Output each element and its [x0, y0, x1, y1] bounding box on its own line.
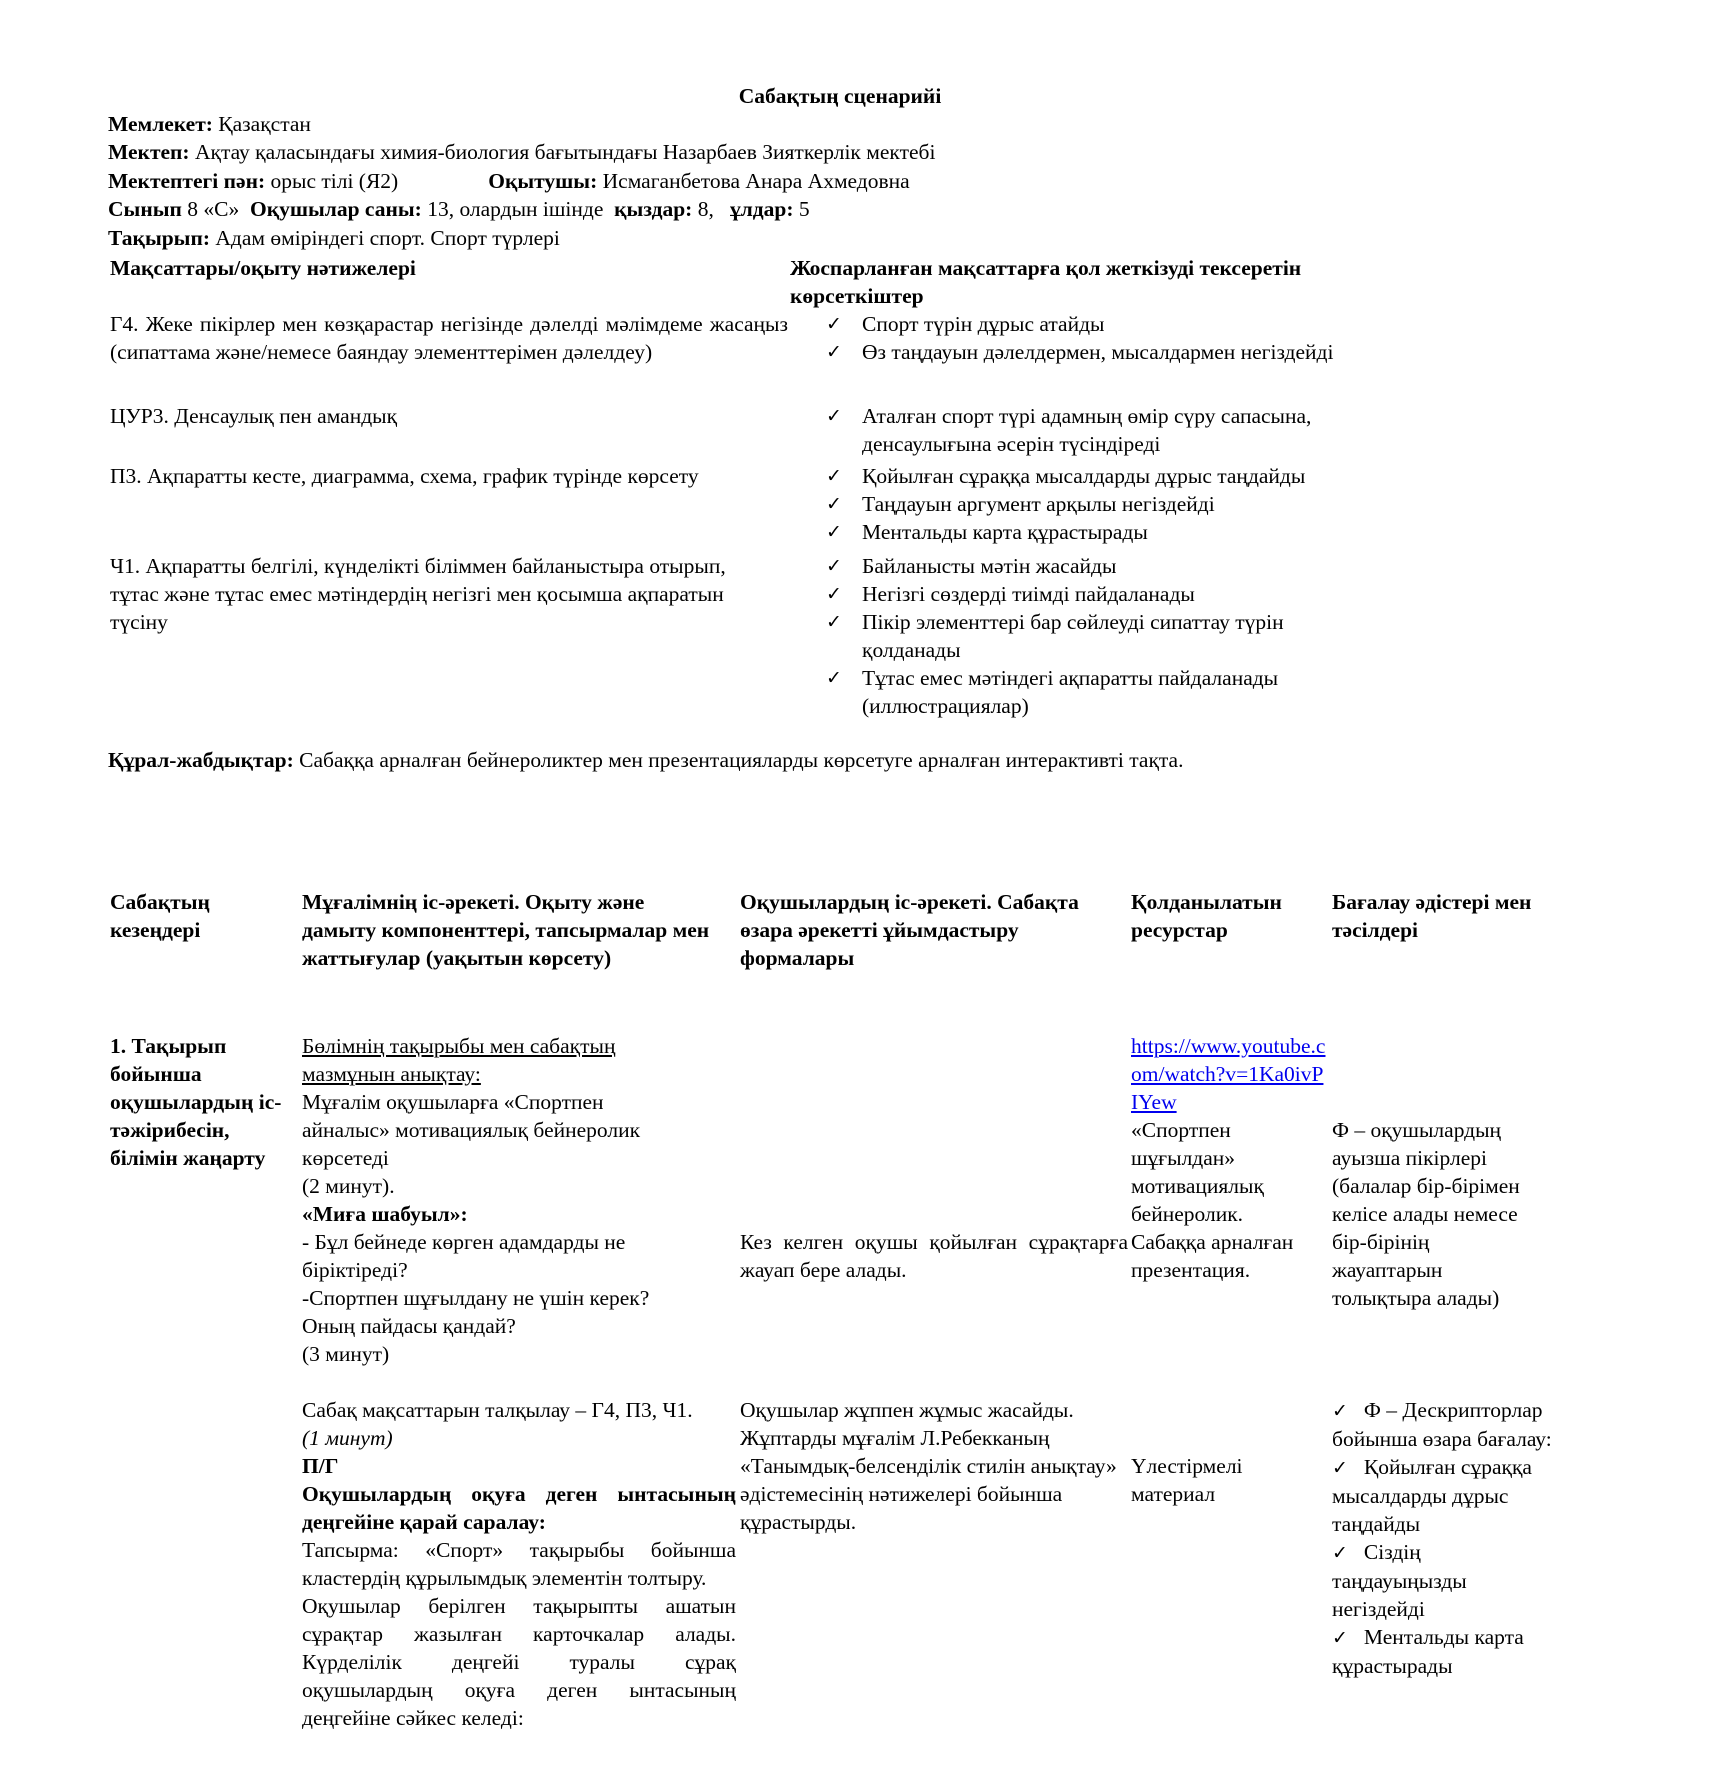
meta-subject-teacher: Мектептегі пән: орыс тілі (Я2)Оқытушы: И…	[108, 167, 1308, 195]
check-icon: ✓	[1332, 1627, 1348, 1649]
criterion-item: ✓Негізгі сөздерді тиімді пайдаланады	[826, 580, 1366, 608]
check-icon: ✓	[826, 490, 842, 518]
equipment: Құрал-жабдықтар: Сабаққа арналған бейнер…	[108, 746, 1183, 774]
stage-2-students: Оқушылар жұппен жұмыс жасайды. Жұптарды …	[740, 1396, 1125, 1536]
video-description: «Спортпен шұғылдан» мотивациялық бейнеро…	[1131, 1116, 1281, 1228]
time-note: (3 минут)	[302, 1340, 722, 1368]
check-icon: ✓	[826, 462, 842, 490]
section-heading: Бөлімнің тақырыбы мен сабақтың мазмұнын …	[302, 1032, 662, 1088]
youtube-link[interactable]: https://www.youtube.com/watch?v=1Ka0ivPI…	[1131, 1034, 1325, 1114]
header-stages: Сабақтың кезеңдері	[110, 888, 290, 944]
criterion-item: ✓Қойылған сұраққа мысалдарды дұрыс таңда…	[826, 462, 1426, 490]
check-icon: ✓	[826, 608, 842, 636]
criterion-item: ✓Өз таңдауын дәлелдермен, мысалдармен не…	[826, 338, 1426, 366]
criteria-header: Жоспарланған мақсаттарға қол жеткізуді т…	[790, 254, 1390, 310]
work-mode: П/Г	[302, 1452, 736, 1480]
criteria-sdg3: ✓Аталған спорт түрі адамның өмір сүру са…	[826, 402, 1386, 458]
stage-1-students: Кез келген оқушы қойылған сұрақтарға жау…	[740, 1228, 1128, 1284]
brainstorm-heading: «Миға шабуыл»:	[302, 1200, 722, 1228]
stage-2-resources: Үлестірмелі материал	[1131, 1452, 1281, 1508]
stage-1-label: 1. Тақырып бойынша оқушылардың іс-тәжіри…	[110, 1032, 300, 1172]
video-link-wrap: https://www.youtube.com/watch?v=1Ka0ivPI…	[1131, 1032, 1326, 1116]
goals-discussion: Сабақ мақсаттарын талқылау – Г4, П3, Ч1.	[302, 1396, 712, 1424]
lesson-meta: Мемлекет: Қазақстан Мектеп: Ақтау қаласы…	[108, 110, 1308, 252]
assessment-item: ✓Сіздің таңдауыңызды негіздейді	[1332, 1538, 1557, 1623]
meta-school: Мектеп: Ақтау қаласындағы химия-биология…	[108, 138, 1308, 166]
criterion-item: ✓Пікір элементтері бар сөйлеуді сипаттау…	[826, 608, 1366, 664]
time-note: (2 минут).	[302, 1172, 722, 1200]
header-teacher-activity: Мұғалімнің іс-әрекеті. Оқыту және дамыту…	[302, 888, 722, 972]
check-icon: ✓	[826, 338, 842, 366]
cards-text: Оқушылар берілген тақырыпты ашатын сұрақ…	[302, 1592, 736, 1732]
stage-2-assessment: ✓Ф – Дескрипторлар бойынша өзара бағалау…	[1332, 1396, 1557, 1680]
objective-p3: П3. Ақпаратты кесте, диаграмма, схема, г…	[110, 462, 788, 490]
criterion-item: ✓Ментальды карта құрастырады	[826, 518, 1426, 546]
criterion-item: ✓Спорт түрін дұрыс атайды	[826, 310, 1426, 338]
objective-sdg3: ЦУР3. Денсаулық пен амандық	[110, 402, 788, 430]
check-icon: ✓	[826, 518, 842, 546]
check-icon: ✓	[826, 664, 842, 692]
check-icon: ✓	[1332, 1542, 1348, 1564]
header-student-activity: Оқушылардың іс-әрекеті. Сабақта өзара әр…	[740, 888, 1080, 972]
objective-g4: Г4. Жеке пікірлер мен көзқарастар негізі…	[110, 310, 788, 366]
objective-ch1: Ч1. Ақпаратты белгілі, күнделікті білімм…	[110, 552, 770, 636]
assessment-item: ✓Қойылған сұраққа мысалдарды дұрыс таңда…	[1332, 1453, 1557, 1538]
criteria-ch1: ✓Байланысты мәтін жасайды ✓Негізгі сөзде…	[826, 552, 1366, 720]
assessment-item: ✓Ментальды карта құрастырады	[1332, 1623, 1557, 1680]
assessment-item: ✓Ф – Дескрипторлар бойынша өзара бағалау…	[1332, 1396, 1557, 1453]
meta-class: Сынып 8 «С» Оқушылар саны: 13, олардын і…	[108, 195, 1308, 223]
check-icon: ✓	[826, 310, 842, 338]
check-icon: ✓	[826, 402, 842, 430]
header-resources: Қолданылатын ресурстар	[1131, 888, 1316, 944]
stage-1-assessment: Ф – оқушылардың ауызша пікірлері (балала…	[1332, 1116, 1532, 1312]
criterion-item: ✓Таңдауын аргумент арқылы негіздейді	[826, 490, 1426, 518]
time-note: (1 минут)	[302, 1424, 736, 1452]
criterion-item: ✓Тұтас емес мәтіндегі ақпаратты пайдалан…	[826, 664, 1366, 720]
check-icon: ✓	[1332, 1400, 1348, 1422]
task-text: Тапсырма: «Спорт» тақырыбы бойынша класт…	[302, 1536, 736, 1592]
stage-1-teacher: Бөлімнің тақырыбы мен сабақтың мазмұнын …	[302, 1032, 722, 1368]
header-assessment: Бағалау әдістері мен тәсілдері	[1332, 888, 1582, 944]
criterion-item: ✓Байланысты мәтін жасайды	[826, 552, 1366, 580]
meta-topic: Тақырып: Адам өміріндегі спорт. Спорт тү…	[108, 224, 1308, 252]
teacher-video-text: Мұғалім оқушыларға «Спортпен айналыс» мо…	[302, 1088, 692, 1172]
check-icon: ✓	[1332, 1457, 1348, 1479]
criteria-g4: ✓Спорт түрін дұрыс атайды ✓Өз таңдауын д…	[826, 310, 1426, 366]
stage-2-teacher: Сабақ мақсаттарын талқылау – Г4, П3, Ч1.…	[302, 1396, 736, 1732]
differentiation-heading: Оқушылардың оқуға деген ынтасының деңгей…	[302, 1480, 736, 1536]
question-2: -Спортпен шұғылдану не үшін керек? Оның …	[302, 1284, 702, 1340]
question-1: - Бұл бейнеде көрген адамдарды не бірікт…	[302, 1228, 682, 1284]
meta-country: Мемлекет: Қазақстан	[108, 110, 1308, 138]
presentation: Сабаққа арналған презентация.	[1131, 1228, 1326, 1284]
objectives-header: Мақсаттары/оқыту нәтижелері	[110, 254, 416, 282]
check-icon: ✓	[826, 580, 842, 608]
criteria-p3: ✓Қойылған сұраққа мысалдарды дұрыс таңда…	[826, 462, 1426, 546]
stage-1-resources: https://www.youtube.com/watch?v=1Ka0ivPI…	[1131, 1032, 1326, 1284]
check-icon: ✓	[826, 552, 842, 580]
criterion-item: ✓Аталған спорт түрі адамның өмір сүру са…	[826, 402, 1386, 458]
document-title: Сабақтың сценарийі	[0, 82, 1680, 110]
